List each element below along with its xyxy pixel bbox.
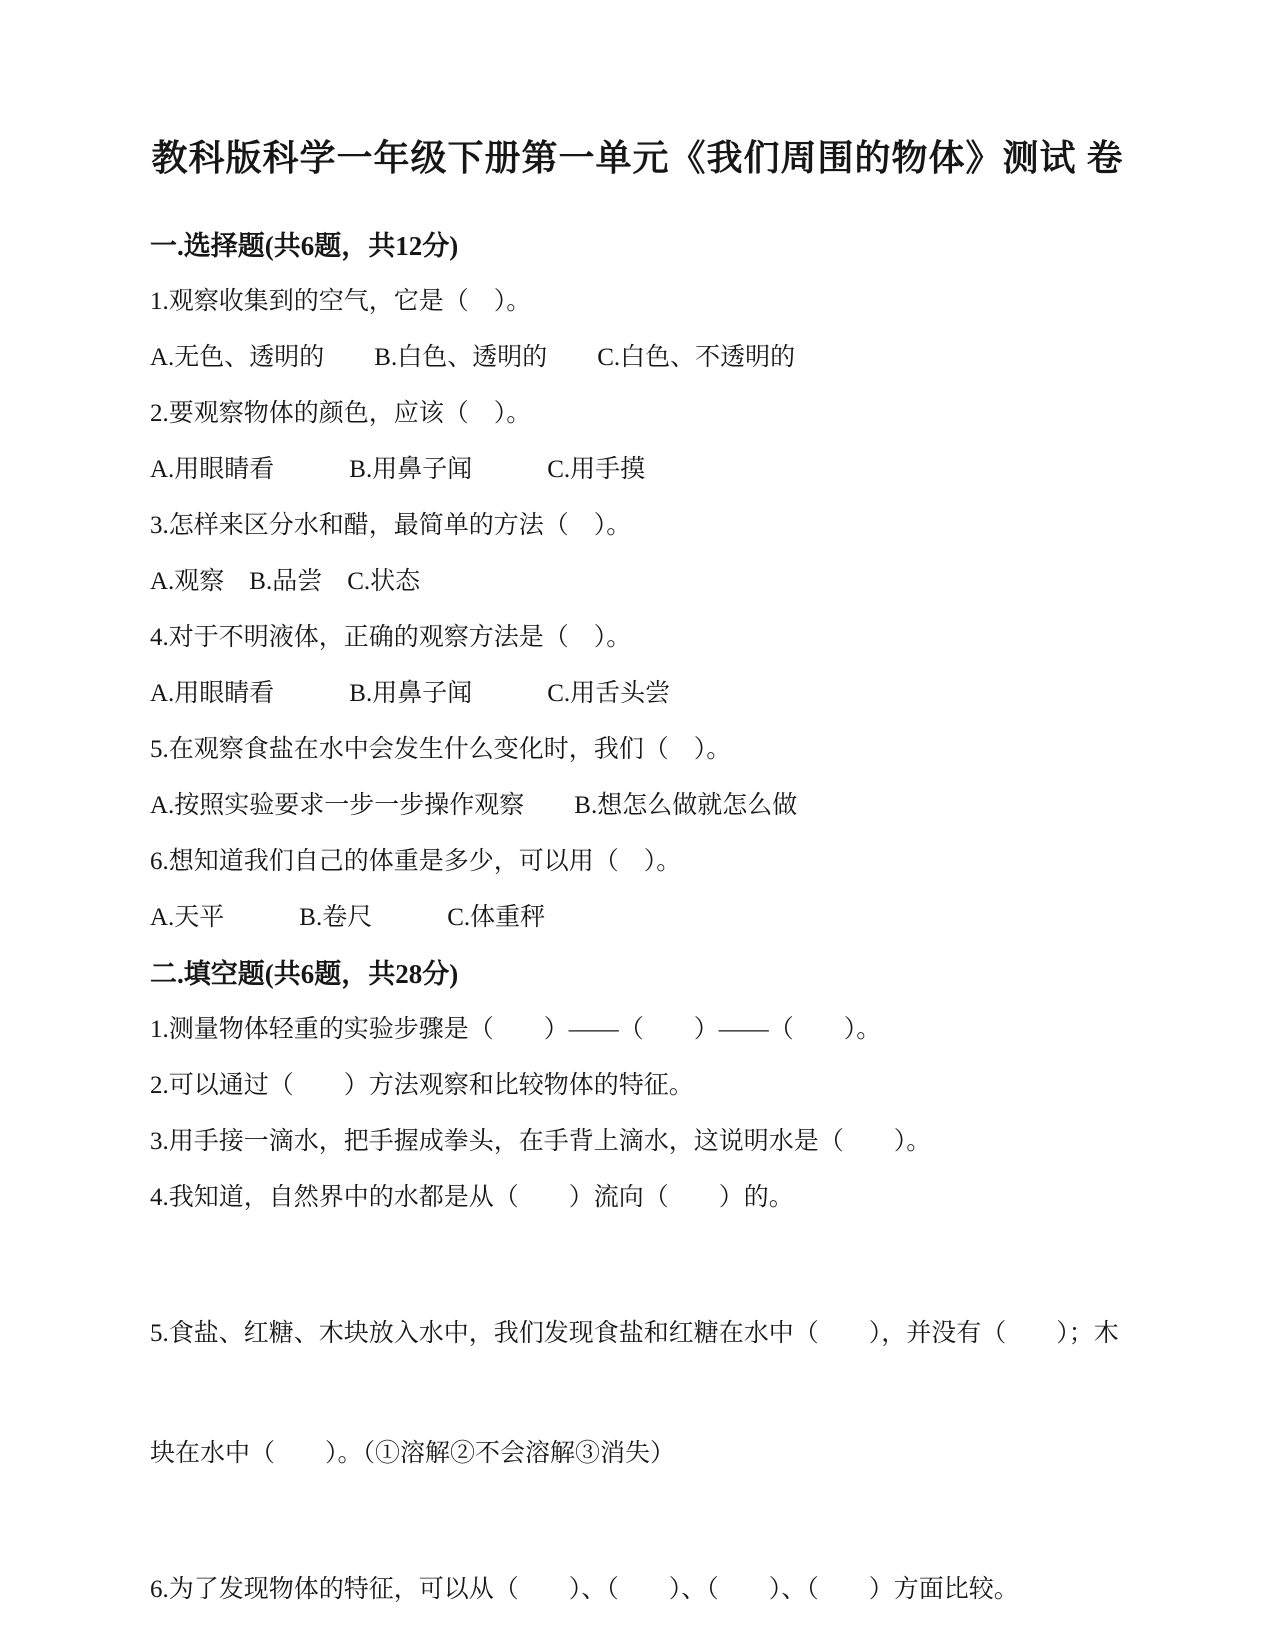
document-page: 教科版科学一年级下册第一单元《我们周围的物体》测试 卷 一.选择题(共6题，共1… <box>0 0 1275 1650</box>
question-text: 4.对于不明液体，正确的观察方法是（ ）。 <box>150 618 1160 658</box>
page-title-line-1: 教科版科学一年级下册第一单元《我们周围的物体》测试 <box>151 138 1076 178</box>
question-text: 6.想知道我们自己的体重是多少，可以用（ ）。 <box>150 842 1160 882</box>
question-text: 5.食盐、红糖、木块放入水中，我们发现食盐和红糖在水中（ ），并没有（ ）；木 … <box>150 1234 1160 1554</box>
question-text: 4.我知道，自然界中的水都是从（ ）流向（ ）的。 <box>150 1178 1160 1218</box>
question-text: 1.观察收集到的空气，它是（ ）。 <box>150 282 1160 322</box>
question-text: 5.在观察食盐在水中会发生什么变化时，我们（ ）。 <box>150 730 1160 770</box>
question-text: 2.可以通过（ ）方法观察和比较物体的特征。 <box>150 1066 1160 1106</box>
question-text: 6.为了发现物体的特征，可以从（ ）、（ ）、（ ）、（ ）方面比较。 <box>150 1570 1160 1610</box>
section-heading-fill-blank: 二.填空题(共6题，共28分) <box>150 954 1160 994</box>
options-row: A.用眼睛看 B.用鼻子闻 C.用舌头尝 <box>150 674 1160 714</box>
question-text: 1.测量物体轻重的实验步骤是（ ）——（ ）——（ ）。 <box>150 1010 1160 1050</box>
question-text-line-1: 5.食盐、红糖、木块放入水中，我们发现食盐和红糖在水中（ ），并没有（ ）；木 <box>150 1314 1160 1354</box>
question-text: 3.怎样来区分水和醋，最简单的方法（ ）。 <box>150 506 1160 546</box>
document-body: 一.选择题(共6题，共12分) 1.观察收集到的空气，它是（ ）。 A.无色、透… <box>150 226 1160 1610</box>
page-title: 教科版科学一年级下册第一单元《我们周围的物体》测试 卷 <box>0 130 1275 186</box>
question-text-line-2: 块在水中（ ）。（①溶解②不会溶解③消失） <box>150 1434 1160 1474</box>
options-row: A.用眼睛看 B.用鼻子闻 C.用手摸 <box>150 450 1160 490</box>
options-row: A.按照实验要求一步一步操作观察 B.想怎么做就怎么做 <box>150 786 1160 826</box>
page-title-line-2: 卷 <box>1087 138 1124 178</box>
options-row: A.天平 B.卷尺 C.体重秤 <box>150 898 1160 938</box>
options-row: A.观察 B.品尝 C.状态 <box>150 562 1160 602</box>
question-text: 2.要观察物体的颜色，应该（ ）。 <box>150 394 1160 434</box>
section-heading-choice: 一.选择题(共6题，共12分) <box>150 226 1160 266</box>
options-row: A.无色、透明的 B.白色、透明的 C.白色、不透明的 <box>150 338 1160 378</box>
question-text: 3.用手接一滴水，把手握成拳头，在手背上滴水，这说明水是（ ）。 <box>150 1122 1160 1162</box>
